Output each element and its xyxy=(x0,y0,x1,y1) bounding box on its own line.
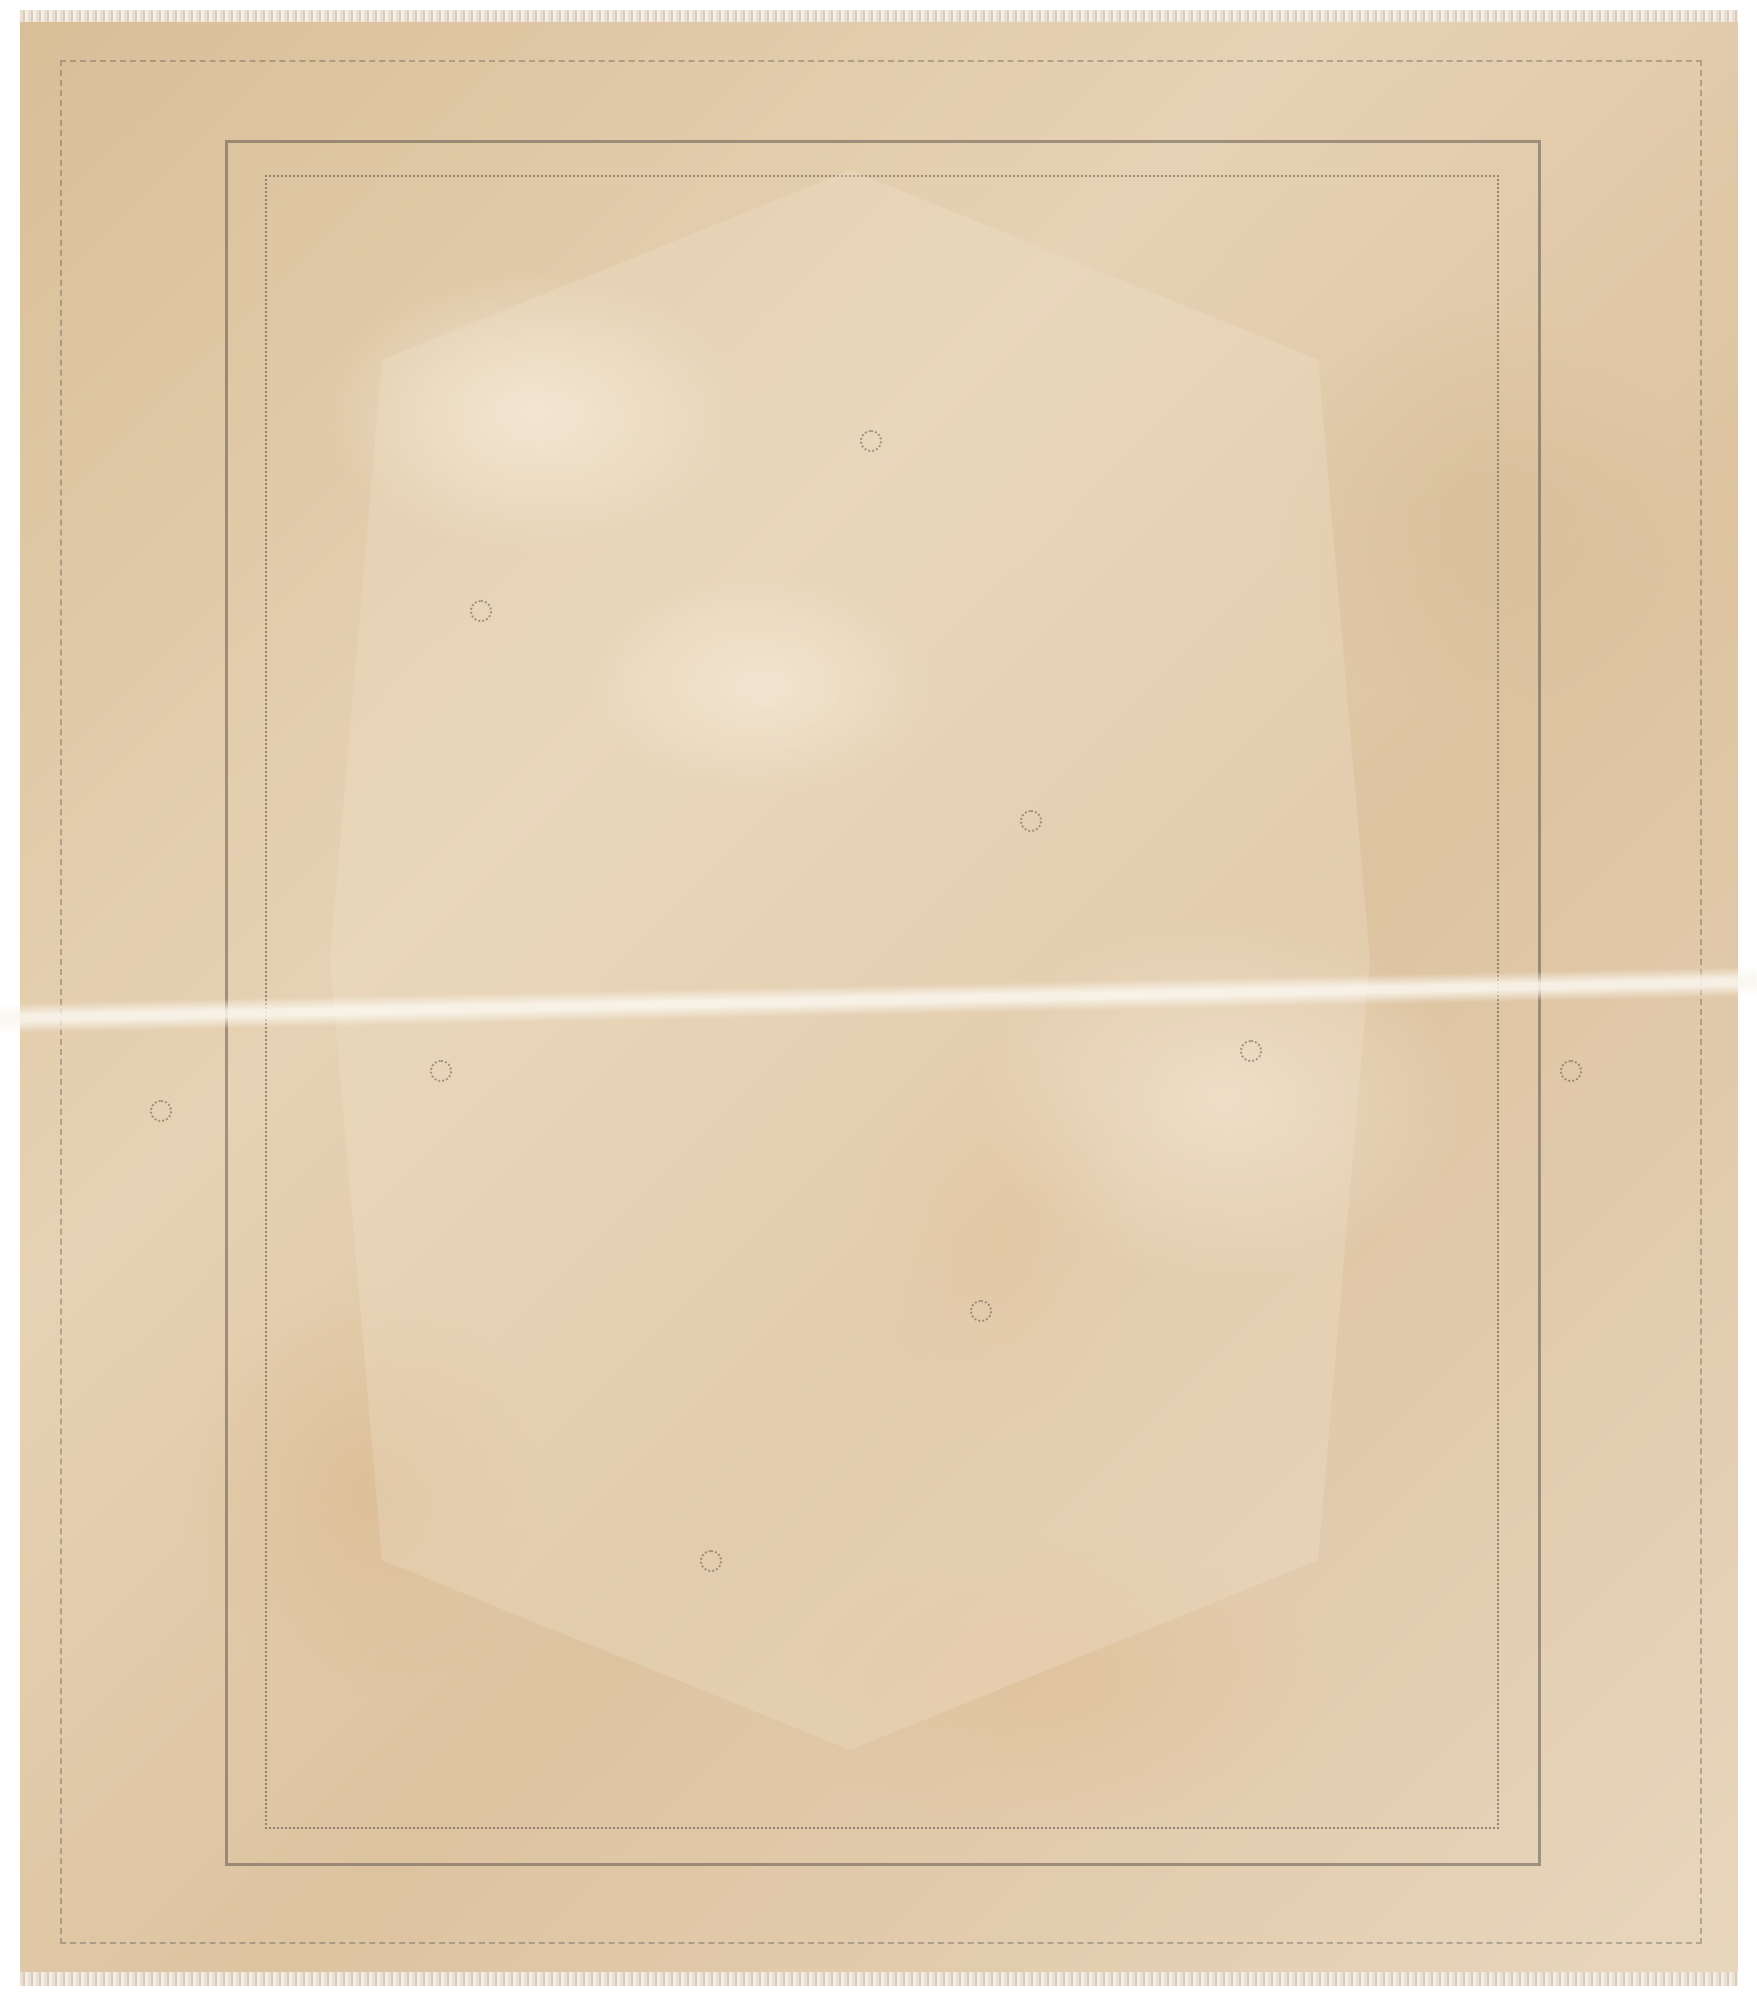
motif xyxy=(970,1300,992,1322)
stepped-medallion xyxy=(330,170,1370,1750)
motif xyxy=(1560,1060,1582,1082)
motif xyxy=(470,600,492,622)
motif xyxy=(1240,1040,1262,1062)
motif xyxy=(860,430,882,452)
motif xyxy=(1020,810,1042,832)
bottom-fringe xyxy=(20,1972,1738,1986)
motif xyxy=(150,1100,172,1122)
motif xyxy=(430,1060,452,1082)
motif xyxy=(700,1550,722,1572)
